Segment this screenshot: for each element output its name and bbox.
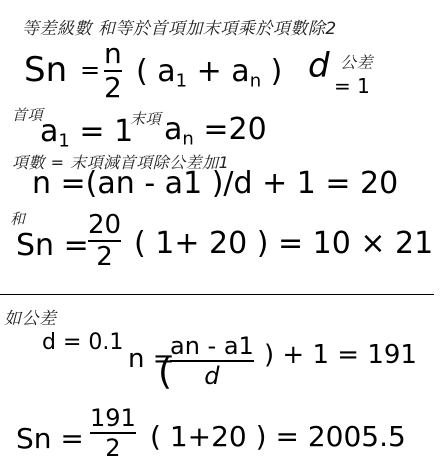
first-term-expr: a1 = 1	[40, 114, 133, 151]
sum-rest: ( 1+ 20 ) = 10 × 21 = 210	[134, 226, 441, 261]
example-n-rest: ) + 1 = 191	[264, 340, 417, 370]
a-symbol: a	[40, 114, 58, 149]
d-label: 公差	[340, 50, 373, 73]
first-term-value: = 1	[79, 114, 133, 149]
fraction-denominator: 2	[105, 436, 120, 460]
subscript: 1	[58, 130, 69, 151]
paren-a: ( a	[136, 54, 176, 89]
example-sum-lhs: Sn =	[16, 422, 84, 455]
sum-formula-lhs: Sn	[24, 50, 67, 90]
equals-sign: =	[80, 56, 100, 84]
fraction-denominator: 2	[96, 244, 113, 270]
fraction-numerator: an - a1	[170, 334, 254, 358]
sum-fraction: 20 2	[88, 212, 121, 270]
d-value: = 1	[334, 74, 370, 98]
example-sum-fraction: 191 2	[90, 406, 136, 460]
last-term-expr: an =20	[164, 112, 267, 149]
a-symbol: a	[164, 112, 182, 147]
fraction-n-over-2: n 2	[104, 40, 122, 102]
fraction-denominator: d	[204, 364, 219, 388]
first-term-label: 首項	[12, 104, 43, 125]
fraction-denominator: 2	[104, 74, 122, 102]
sum-lhs: Sn =	[16, 228, 89, 263]
formula-paren-a1: ( a1 + an )	[136, 54, 282, 91]
example-n-fraction: an - a1 d	[170, 334, 254, 388]
example-sum-rest: ( 1+20 ) = 2005.5	[150, 420, 406, 453]
section-divider	[0, 294, 434, 295]
last-term-label: 末項	[130, 108, 161, 129]
subscript-1: 1	[176, 70, 187, 91]
sum-label: 和	[10, 208, 26, 229]
count-formula: n =(an - a1 )/d + 1 = 20	[32, 166, 398, 201]
close-paren: )	[271, 54, 283, 89]
subscript-n: n	[250, 70, 261, 91]
d-symbol: d	[308, 46, 330, 86]
subscript: n	[182, 128, 193, 149]
fraction-numerator: n	[104, 40, 122, 68]
fraction-numerator: 20	[88, 212, 121, 238]
plus-a: + a	[197, 54, 250, 89]
title-text: 等差級數 和等於首項加末項乘於項數除2	[22, 14, 337, 39]
last-term-value: =20	[203, 112, 266, 147]
example-label: 如公差	[4, 304, 57, 329]
example-d: d = 0.1	[42, 330, 123, 355]
fraction-numerator: 191	[90, 406, 136, 430]
